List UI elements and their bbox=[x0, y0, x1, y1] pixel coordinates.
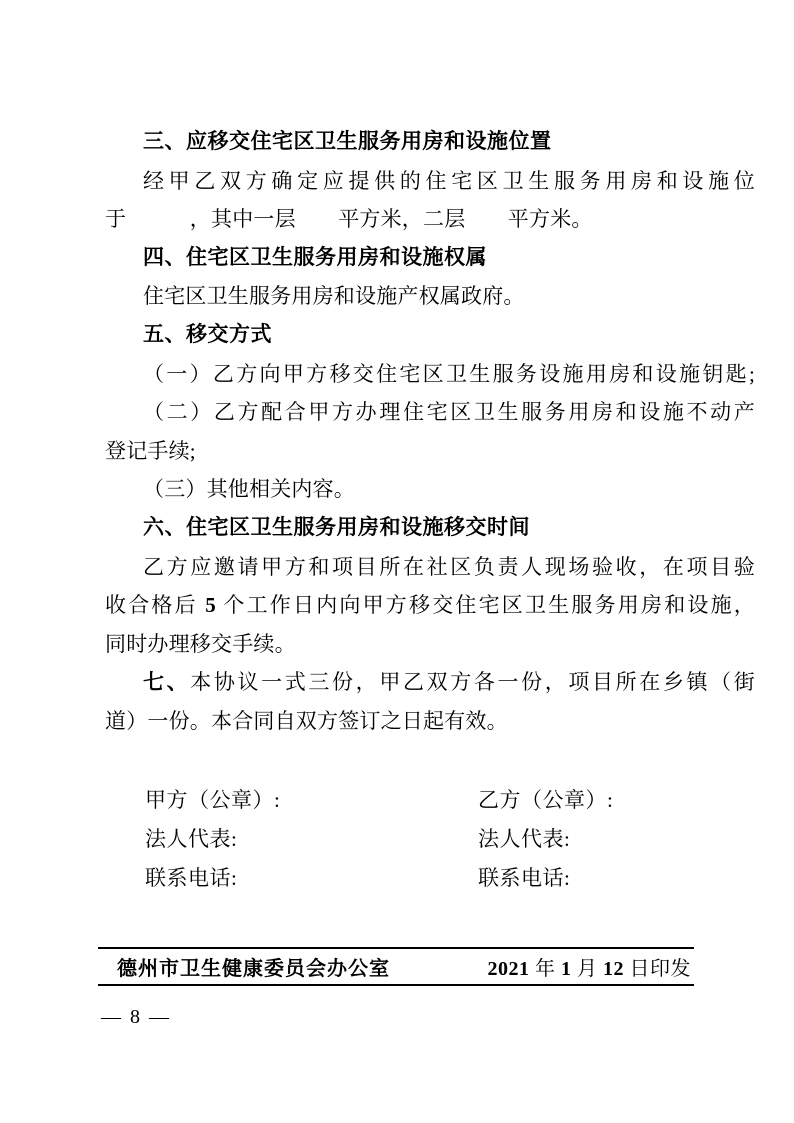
footer-row: 德州市卫生健康委员会办公室 2021 年 1 月 12 日印发 bbox=[98, 949, 694, 984]
section-heading: 六、住宅区卫生服务用房和设施移交时间 bbox=[105, 509, 755, 548]
text-line: 经甲乙双方确定应提供的住宅区卫生服务用房和设施位 bbox=[105, 162, 755, 201]
text-line: （一）乙方向甲方移交住宅区卫生服务设施用房和设施钥匙; bbox=[105, 355, 755, 394]
signature-line: 甲方（公章）: bbox=[145, 781, 478, 820]
footer-bottom-rule bbox=[98, 984, 694, 986]
signature-line: 法人代表: bbox=[478, 820, 613, 859]
text-line: 登记手续; bbox=[105, 432, 755, 471]
party-a-signature: 甲方（公章）:法人代表:联系电话: bbox=[145, 781, 478, 898]
page-number: — 8 — bbox=[101, 1004, 171, 1030]
text-line: 乙方应邀请甲方和项目所在社区负责人现场验收，在项目验 bbox=[105, 548, 755, 587]
signature-block: 甲方（公章）:法人代表:联系电话: 乙方（公章）:法人代表:联系电话: bbox=[145, 781, 613, 898]
document-body: 三、应移交住宅区卫生服务用房和设施位置经甲乙双方确定应提供的住宅区卫生服务用房和… bbox=[105, 123, 755, 741]
text-line: 收合格后 5 个工作日内向甲方移交住宅区卫生服务用房和设施， bbox=[105, 586, 755, 625]
party-b-signature: 乙方（公章）:法人代表:联系电话: bbox=[478, 781, 613, 898]
text-line: 住宅区卫生服务用房和设施产权属政府。 bbox=[105, 277, 755, 316]
text-line: 同时办理移交手续。 bbox=[105, 625, 755, 664]
text-line: 于 ，其中一层 平方米，二层 平方米。 bbox=[105, 200, 755, 239]
section-heading: 三、应移交住宅区卫生服务用房和设施位置 bbox=[105, 123, 755, 162]
text-line: 七、本协议一式三份，甲乙双方各一份，项目所在乡镇（街 bbox=[105, 663, 755, 702]
text-line: （三）其他相关内容。 bbox=[105, 470, 755, 509]
issuing-office: 德州市卫生健康委员会办公室 bbox=[117, 952, 390, 981]
document-page: 三、应移交住宅区卫生服务用房和设施位置经甲乙双方确定应提供的住宅区卫生服务用房和… bbox=[0, 0, 794, 1123]
signature-line: 乙方（公章）: bbox=[478, 781, 613, 820]
signature-line: 联系电话: bbox=[478, 859, 613, 898]
signature-line: 联系电话: bbox=[145, 859, 478, 898]
print-date: 2021 年 1 月 12 日印发 bbox=[488, 952, 692, 981]
section-heading: 五、移交方式 bbox=[105, 316, 755, 355]
text-line: 道）一份。本合同自双方签订之日起有效。 bbox=[105, 702, 755, 741]
page-footer: 德州市卫生健康委员会办公室 2021 年 1 月 12 日印发 bbox=[98, 947, 694, 986]
text-line: （二）乙方配合甲方办理住宅区卫生服务用房和设施不动产 bbox=[105, 393, 755, 432]
signature-line: 法人代表: bbox=[145, 820, 478, 859]
section-heading: 四、住宅区卫生服务用房和设施权属 bbox=[105, 239, 755, 278]
